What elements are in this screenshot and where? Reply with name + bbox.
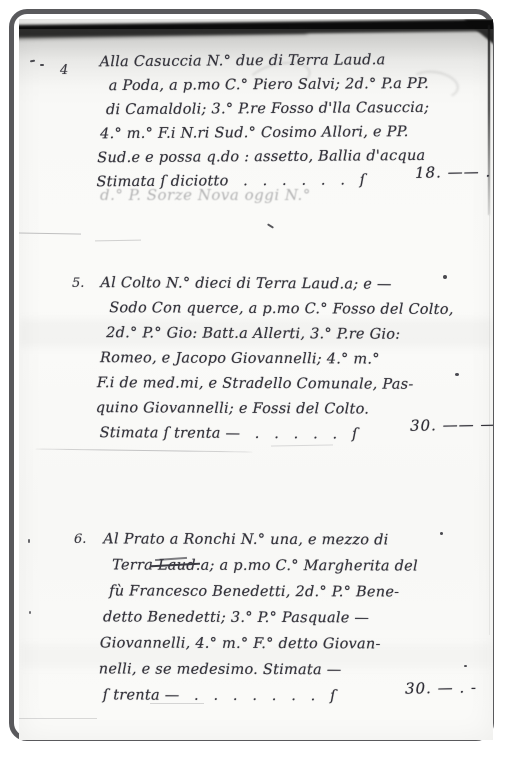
scratch-mark: [95, 240, 141, 242]
entry-text-line: Alla Casuccia N.° due di Terra Laud.a: [100, 48, 445, 74]
entry-number-6: 6.: [74, 532, 86, 547]
ink-speck: [455, 373, 459, 376]
amount-value-entry-6: 30. — . -: [405, 678, 477, 697]
entry-block-4: Alla Casuccia N.° due di Terra Laud.a a …: [100, 48, 446, 194]
scratch-mark: [150, 703, 204, 704]
entry-text-line: quino Giovannelli; e Fossi del Colto.: [96, 396, 445, 423]
amount-value-entry-5: 30. —— —: [410, 415, 493, 435]
entry-text-line: Sodo Con querce, a p.mo C.° Fosso del Co…: [109, 296, 445, 323]
entry-text-line: nelli, e se medesimo. Stimata —: [99, 656, 448, 683]
entry-text-line: Al Colto N.° dieci di Terra Laud.a; e —: [100, 271, 445, 298]
entry-text-line: ſ trenta — . . . . . . . ſ: [103, 682, 448, 709]
ink-speck: [464, 665, 467, 667]
entry-text-line: Giovannelli, 4.° m.° F.° detto Giovan-: [100, 630, 448, 657]
entry-text-line: 4.° m.° F.i N.ri Sud.° Cosimo Allori, e …: [100, 120, 445, 146]
faded-canceled-note: d.° P. Sorze Nova oggi N.°: [100, 186, 311, 204]
entry-block-5: Al Colto N.° dieci di Terra Laud.a; e — …: [100, 271, 446, 448]
scratch-mark: [35, 448, 253, 452]
entry-text-line: Romeo, e Jacopo Giovannelli; 4.° m.°: [100, 346, 445, 373]
paper-scan-area: 4 Alla Casuccia N.° due di Terra Laud.a …: [19, 19, 493, 740]
amount-value-entry-4: 18. —— . —: [415, 162, 493, 182]
entry-text-line: Stimata ſ trenta — . . . . . ſ: [100, 421, 445, 448]
ink-speck: [28, 539, 30, 543]
scratch-mark: [19, 718, 97, 719]
entry-text-line: detto Benedetti; 3.° P.° Pasquale —: [103, 604, 448, 631]
entry-block-6: Al Prato a Ronchi N.° una, e mezzo di Te…: [103, 526, 449, 709]
entry-text-line: fù Francesco Benedetti, 2d.° P.° Bene-: [109, 578, 448, 605]
ink-speck: [443, 275, 447, 279]
entry-number-4: 4: [60, 63, 68, 78]
ink-speck: [29, 611, 31, 614]
entry-text-line: 2d.° P.° Gio: Batt.a Allerti, 3.° P.re G…: [106, 321, 445, 348]
entry-text-line: a Poda, a p.mo C.° Piero Salvi; 2d.° P.a…: [109, 72, 445, 98]
entry-text-line: Sud.e e possa q.do : assetto, Ballia d'a…: [97, 144, 445, 170]
ink-speck: [267, 223, 274, 228]
manuscript-scan-page: 4 Alla Casuccia N.° due di Terra Laud.a …: [0, 0, 513, 760]
ink-speck: [440, 532, 443, 535]
page-edge-line: [488, 25, 490, 215]
entry-text-line: Al Prato a Ronchi N.° una, e mezzo di: [103, 526, 448, 553]
ink-speck: [40, 64, 44, 66]
entry-number-5: 5.: [72, 276, 84, 291]
entry-text-line: di Camaldoli; 3.° P.re Fosso d'lla Casuc…: [106, 96, 445, 122]
entry-text-line: F.i de med.mi, e Stradello Comunale, Pas…: [97, 371, 445, 398]
scratch-mark: [19, 232, 81, 234]
